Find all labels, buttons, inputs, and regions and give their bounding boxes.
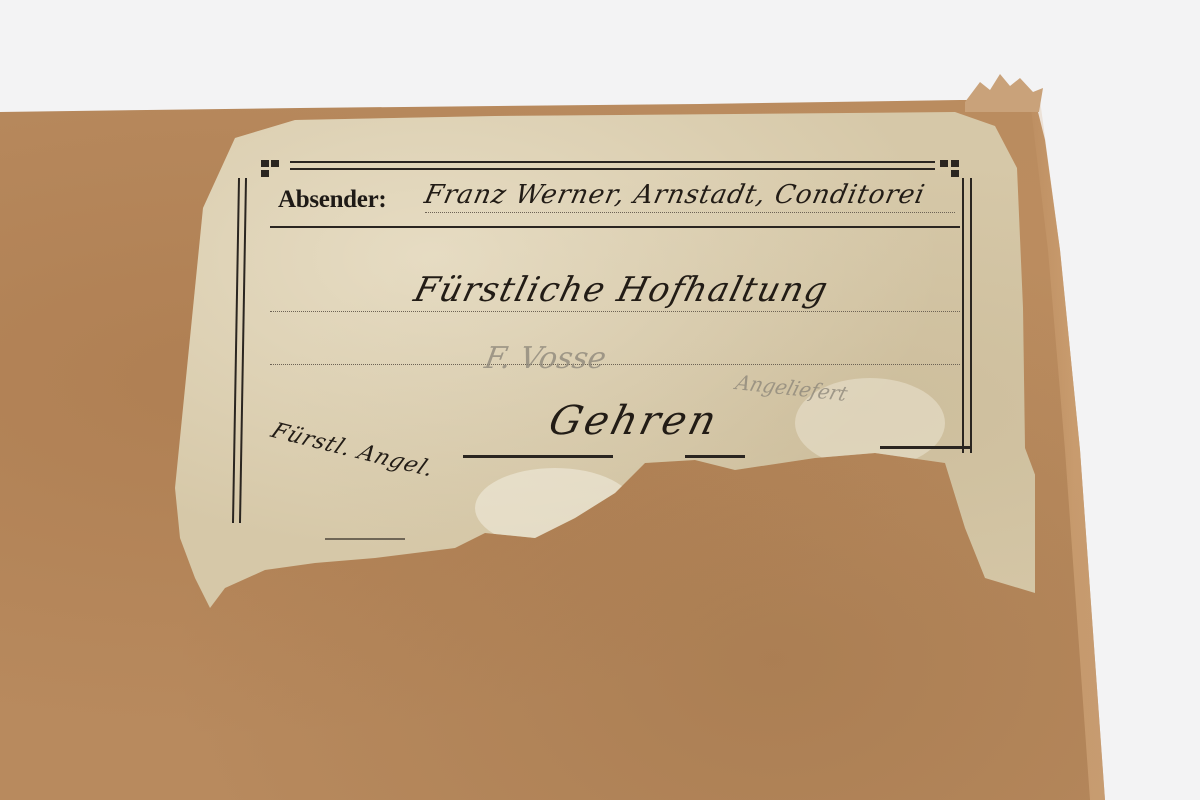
faded-rule — [325, 538, 405, 540]
frame-corner-ornament — [951, 160, 959, 167]
frame-corner-ornament — [271, 160, 279, 167]
address-dotted-line — [270, 364, 960, 365]
sender-handwriting: Franz Werner, Arnstadt, Conditorei — [422, 180, 928, 210]
city-underline-rule — [685, 455, 745, 458]
frame-line-left — [239, 178, 247, 523]
sender-heading: Absender: — [278, 186, 386, 214]
recipient-city-handwriting: Gehren — [544, 398, 723, 444]
frame-line-top — [290, 168, 935, 170]
address-divider-rule — [270, 226, 960, 228]
frame-corner-ornament — [951, 170, 959, 177]
city-underline-rule — [880, 446, 970, 449]
torn-box-corner — [965, 72, 1045, 112]
pencil-addressee: F. Vosse — [482, 341, 609, 376]
pencil-annotation: Angeliefert — [733, 370, 850, 406]
frame-corner-ornament — [261, 170, 269, 177]
city-underline-rule — [463, 455, 613, 458]
sender-dotted-line — [425, 212, 955, 213]
frame-line-right — [962, 178, 964, 453]
frame-corner-ornament — [261, 160, 269, 167]
corner-handwritten-note: Fürstl. Angel. — [267, 419, 440, 482]
recipient-name-handwriting: Fürstliche Hofhaltung — [410, 270, 833, 310]
frame-corner-ornament — [940, 160, 948, 167]
frame-line-left — [232, 178, 240, 523]
frame-line-top — [290, 161, 935, 163]
address-dotted-line — [270, 311, 960, 312]
frame-line-right — [970, 178, 972, 453]
